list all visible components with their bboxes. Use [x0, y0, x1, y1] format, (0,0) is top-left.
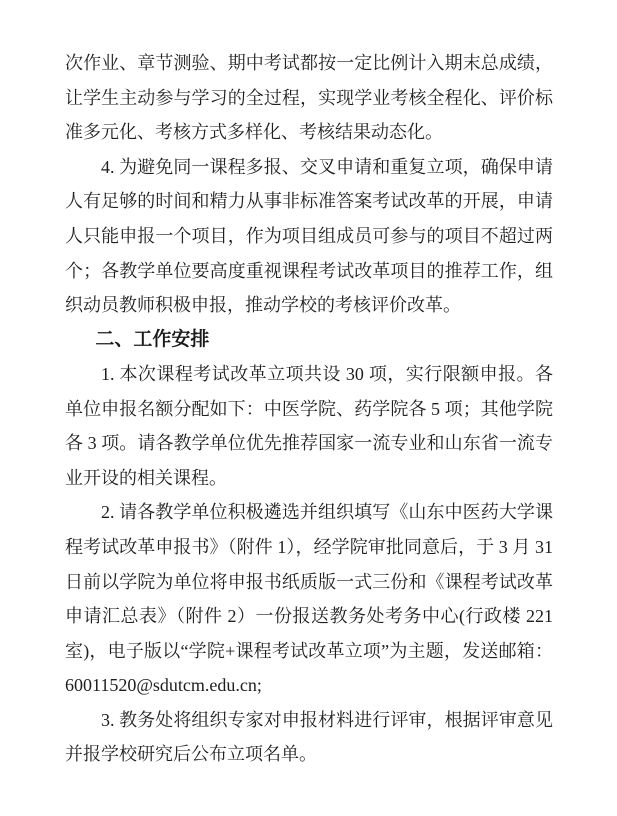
paragraph-item-3: 3. 教务处将组织专家对申报材料进行评审，根据评审意见并报学校研究后公布立项名单…: [65, 703, 553, 772]
document-page: 次作业、章节测验、期中考试都按一定比例计入期末总成绩，让学生主动参与学习的全过程…: [0, 0, 617, 816]
paragraph-continuation: 次作业、章节测验、期中考试都按一定比例计入期末总成绩，让学生主动参与学习的全过程…: [65, 46, 553, 150]
paragraph-item-2: 2. 请各教学单位积极遴选并组织填写《山东中医药大学课程考试改革申报书》（附件 …: [65, 495, 553, 703]
paragraph-item-1: 1. 本次课程考试改革立项共设 30 项，实行限额申报。各单位申报名额分配如下：…: [65, 357, 553, 495]
section-heading-work-arrangement: 二、工作安排: [65, 323, 553, 357]
paragraph-item-4: 4. 为避免同一课程多报、交叉申请和重复立项，确保申请人有足够的时间和精力从事非…: [65, 150, 553, 323]
